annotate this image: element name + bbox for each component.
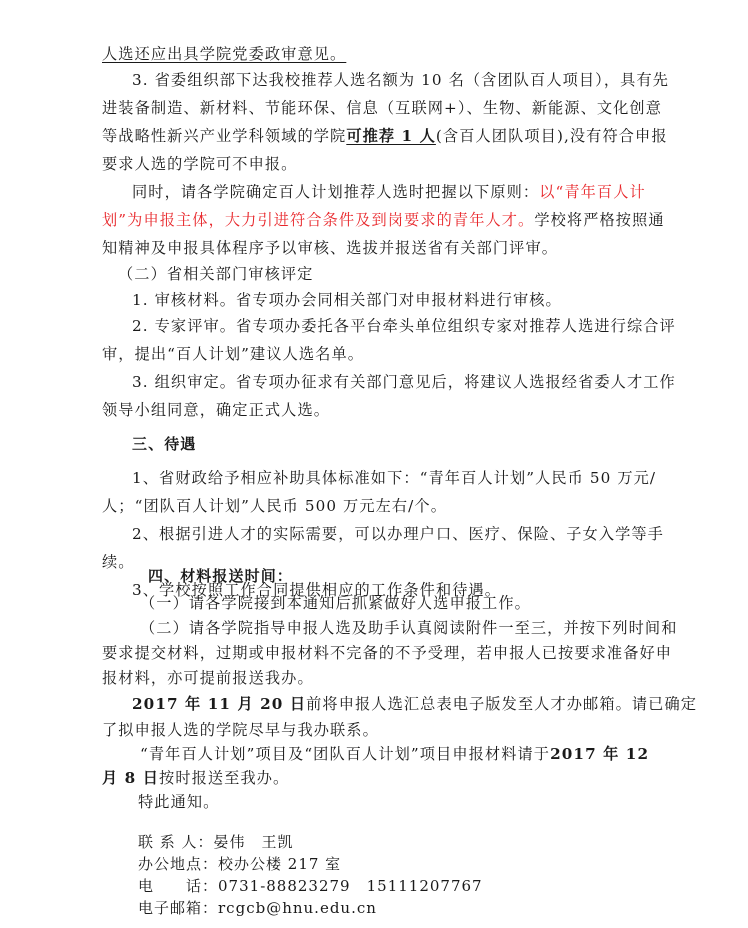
deadline-date-2: 2017 年 12	[550, 745, 649, 763]
text: 按时报送至我办。	[159, 769, 289, 787]
item-4-2b: 要求提交材料，过期或申报材料不完备的不予受理，若申报人已按要求准备好申	[102, 643, 672, 663]
deadline-1: 2017 年 11 月 20 日前将申报人选汇总表电子版发至人才办邮箱。请已确定	[132, 694, 697, 714]
deadline-1b: 了拟申报人选的学院尽早与我办联系。	[102, 720, 379, 740]
section-4-heading: 四、材料报送时间：	[148, 566, 293, 586]
item-3-1b: 人；“团队百人计划”人民币 500 万元左右/个。	[102, 496, 447, 516]
contact-info: 联 系 人：晏伟 王凯 办公地点：校办公楼 217 室 电 话：0731-888…	[138, 832, 483, 920]
text: 前将申报人选汇总表电子版发至人才办邮箱。请已确定	[306, 695, 697, 713]
item-2-3a: 3. 组织审定。省专项办征求有关部门意见后，将建议人选报经省委人才工作	[132, 372, 676, 392]
para-quota-4: 要求人选的学院可不申报。	[102, 154, 297, 174]
highlight-red: 划”为申报主体，大力引进符合条件及到岗要求的青年人才。	[102, 211, 534, 229]
para-quota-3: 等战略性新兴产业学科领域的学院可推荐 1 人(含百人团队项目),没有符合申报	[102, 126, 668, 146]
para-quota-1: 3. 省委组织部下达我校推荐人选名额为 10 名（含团队百人项目），具有先	[132, 70, 669, 90]
contact-office: 办公地点：校办公楼 217 室	[138, 854, 483, 876]
text: 学校将严格按照通	[534, 211, 664, 229]
value: 0731-88823279 15111207767	[218, 877, 483, 895]
para-principle-1: 同时，请各学院确定百人计划推荐人选时把握以下原则：以“青年百人计	[132, 182, 646, 202]
para-principle-3: 知精神及申报具体程序予以审核、选拔并报送省有关部门评审。	[102, 238, 558, 258]
item-4-2c: 报材料，亦可提前报送我办。	[102, 668, 314, 688]
value: 校办公楼 217 室	[218, 855, 341, 873]
text: “青年百人计划”项目及“团队百人计划”项目申报材料请于	[140, 745, 550, 763]
emphasis-recommend-one: 可推荐 1 人	[346, 127, 436, 145]
line-political-review: 人选还应出具学院党委政审意见。	[102, 44, 346, 64]
item-2-3b: 领导小组同意，确定正式人选。	[102, 400, 330, 420]
label: 联 系 人：	[138, 833, 214, 851]
deadline-2: “青年百人计划”项目及“团队百人计划”项目申报材料请于2017 年 12	[140, 744, 649, 764]
item-4-1: （一）请各学院接到本通知后抓紧做好人选申报工作。	[140, 593, 531, 613]
para-quota-2: 进装备制造、新材料、节能环保、信息（互联网+）、生物、新能源、文化创意	[102, 98, 662, 118]
item-3-1a: 1、省财政给予相应补助具体标准如下：“青年百人计划”人民币 50 万元/	[132, 468, 656, 488]
deadline-2b: 月 8 日按时报送至我办。	[102, 768, 289, 788]
label: 电子邮箱：	[138, 899, 218, 917]
highlight-red: 以“青年百人计	[539, 183, 646, 201]
label: 电 话：	[138, 877, 218, 895]
text: (含百人团队项目),没有符合申报	[436, 127, 668, 145]
item-2-2b: 审，提出“百人计划”建议人选名单。	[102, 344, 364, 364]
para-principle-2: 划”为申报主体，大力引进符合条件及到岗要求的青年人才。学校将严格按照通	[102, 210, 665, 230]
section-2-heading: （二）省相关部门审核评定	[118, 264, 313, 284]
label: 办公地点：	[138, 855, 218, 873]
item-4-2a: （二）请各学院指导申报人选及助手认真阅读附件一至三，并按下列时间和	[140, 618, 678, 638]
value: 晏伟 王凯	[214, 833, 294, 851]
text: 同时，请各学院确定百人计划推荐人选时把握以下原则：	[132, 183, 539, 201]
item-3-2a: 2、根据引进人才的实际需要，可以办理户口、医疗、保险、子女入学等手	[132, 524, 664, 544]
contact-email: 电子邮箱：rcgcb@hnu.edu.cn	[138, 898, 483, 920]
section-3-heading: 三、待遇	[132, 434, 196, 454]
item-3-2b: 续。	[102, 552, 135, 572]
email-link[interactable]: rcgcb@hnu.edu.cn	[218, 899, 377, 917]
item-2-1: 1. 审核材料。省专项办会同相关部门对申报材料进行审核。	[132, 290, 562, 310]
text: 等战略性新兴产业学科领域的学院	[102, 127, 346, 145]
contact-phone: 电 话：0731-88823279 15111207767	[138, 876, 483, 898]
closing-text: 特此通知。	[138, 792, 219, 812]
deadline-date-1: 2017 年 11 月 20 日	[132, 695, 306, 713]
item-2-2a: 2. 专家评审。省专项办委托各平台牵头单位组织专家对推荐人选进行综合评	[132, 316, 676, 336]
contact-person: 联 系 人：晏伟 王凯	[138, 832, 483, 854]
deadline-date-2b: 月 8 日	[102, 769, 159, 787]
